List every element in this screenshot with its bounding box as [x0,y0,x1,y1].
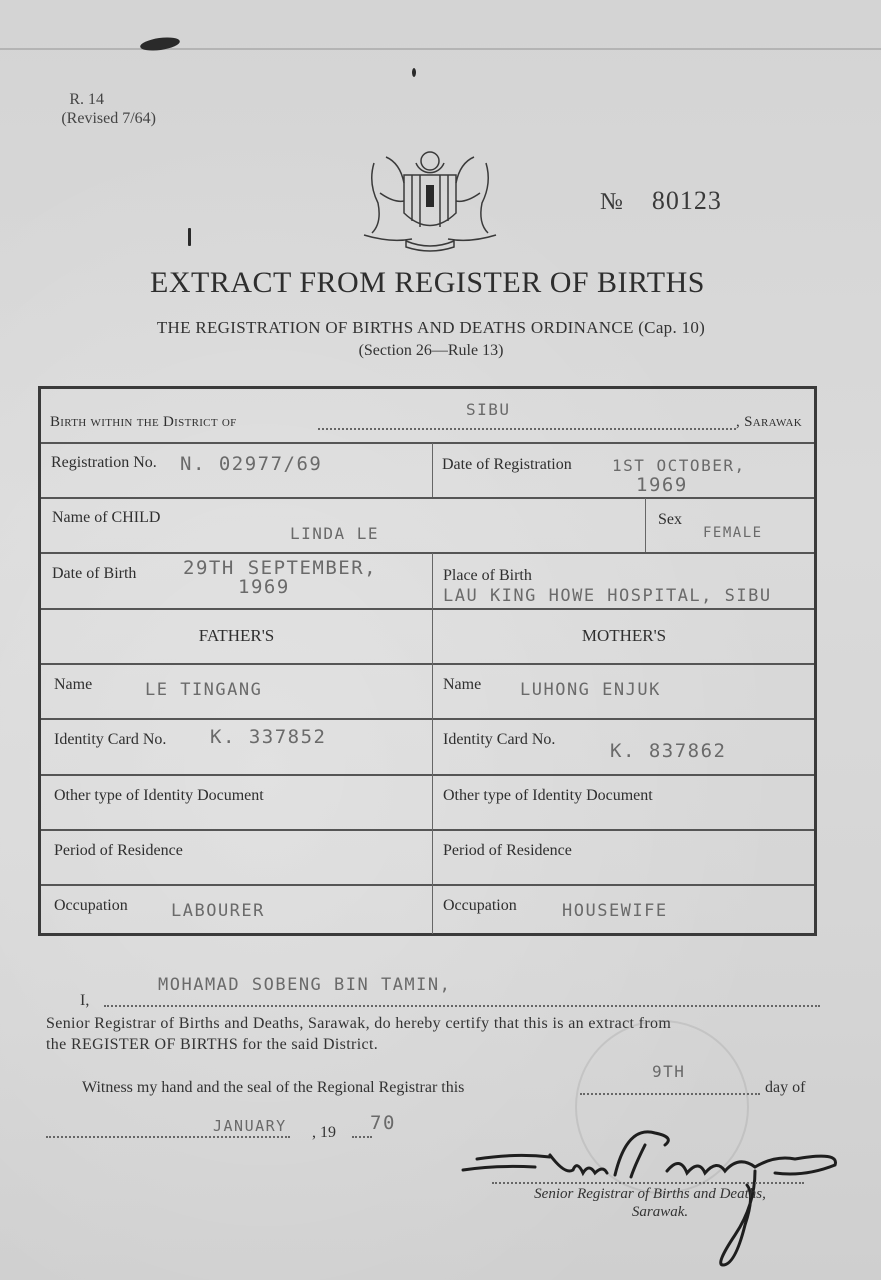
mother-occupation-value: HOUSEWIFE [562,901,668,921]
father-occupation-value: LABOURER [171,901,265,921]
sex-label: Sex [658,511,682,529]
mother-occupation-label: Occupation [443,897,517,915]
form-revision: (Revised 7/64) [38,109,156,128]
father-ic-label: Identity Card No. [54,731,166,749]
certify-line-2: the REGISTER OF BIRTHS for the said Dist… [46,1036,378,1054]
day-fill-line [580,1093,760,1095]
witness-day-value: 9TH [652,1062,685,1081]
row-divider [41,718,814,720]
child-name-label: Name of CHILD [52,509,160,527]
serial-number: 80123 [652,186,722,215]
state-label: , Sarawak [736,414,802,431]
father-other-id-label: Other type of Identity Document [54,787,264,805]
district-value: SIBU [466,400,511,419]
month-fill-line [46,1136,290,1138]
father-name-label: Name [54,676,92,694]
year-prefix: , 19 [312,1124,336,1142]
mother-ic-label: Identity Card No. [443,731,555,749]
sex-value: FEMALE [703,525,763,541]
ink-blot [139,35,180,52]
district-label: Birth within the District of [50,414,237,431]
fold-crease [0,48,881,50]
registration-no-label: Registration No. [51,454,157,472]
column-divider [432,553,433,934]
row-divider [41,442,814,444]
serial-number-block: №80123 [600,186,722,216]
year-fill-line [352,1136,372,1138]
mother-ic-value: K. 837862 [610,740,726,762]
mother-residence-label: Period of Residence [443,842,572,860]
mother-name-value: LUHONG ENJUK [520,680,661,700]
row-divider [41,774,814,776]
ink-speck [412,68,416,77]
witness-year-value: 70 [370,1112,396,1134]
father-occupation-label: Occupation [54,897,128,915]
document-title: EXTRACT FROM REGISTER OF BIRTHS [0,266,855,300]
row-divider [41,608,814,610]
row-divider [41,884,814,886]
form-code-block: R. 14 (Revised 7/64) [38,90,156,128]
column-divider [645,498,646,552]
father-heading: FATHER'S [41,626,432,646]
certify-i-label: I, [80,992,89,1010]
day-of-label: day of [765,1079,805,1097]
certify-line-1: Senior Registrar of Births and Deaths, S… [46,1015,671,1033]
date-of-registration-year: 1969 [636,474,688,496]
child-name-value: LINDA LE [290,524,379,543]
malaysia-coat-of-arms-icon [360,143,500,255]
section-reference: (Section 26—Rule 13) [0,342,862,360]
row-divider [41,552,814,554]
row-divider [41,663,814,665]
signature-caption-title: Senior Registrar of Births and Deaths, [470,1186,830,1203]
form-code: R. 14 [38,90,156,109]
signature-caption-state: Sarawak. [470,1204,850,1221]
registrar-name-value: MOHAMAD SOBENG BIN TAMIN, [158,975,451,995]
signature-line [492,1182,804,1184]
document-page: R. 14 (Revised 7/64) №80123 EXTRACT FROM… [0,0,881,1280]
row-divider [41,497,814,499]
place-of-birth-value: LAU KING HOWE HOSPITAL, SIBU [443,586,772,606]
father-name-value: LE TINGANG [145,680,262,700]
mother-heading: MOTHER'S [433,626,815,646]
date-of-birth-year: 1969 [238,576,290,598]
place-of-birth-label: Place of Birth [443,567,532,585]
father-residence-label: Period of Residence [54,842,183,860]
date-of-registration-label: Date of Registration [442,456,572,474]
mother-name-label: Name [443,676,481,694]
number-sign: № [600,189,624,215]
mother-other-id-label: Other type of Identity Document [443,787,653,805]
ink-speck [188,228,191,246]
witness-month-value: JANUARY [213,1117,287,1135]
column-divider [432,443,433,497]
ordinance-subtitle: THE REGISTRATION OF BIRTHS AND DEATHS OR… [0,318,862,338]
date-of-registration-value: 1ST OCTOBER, [612,456,746,475]
witness-text: Witness my hand and the seal of the Regi… [82,1079,464,1097]
registrar-name-fill-line [104,1005,820,1007]
registration-no-value: N. 02977/69 [180,453,322,475]
date-of-birth-label: Date of Birth [52,565,136,583]
district-fill-line [318,428,736,430]
father-ic-value: K. 337852 [210,726,326,748]
row-divider [41,829,814,831]
